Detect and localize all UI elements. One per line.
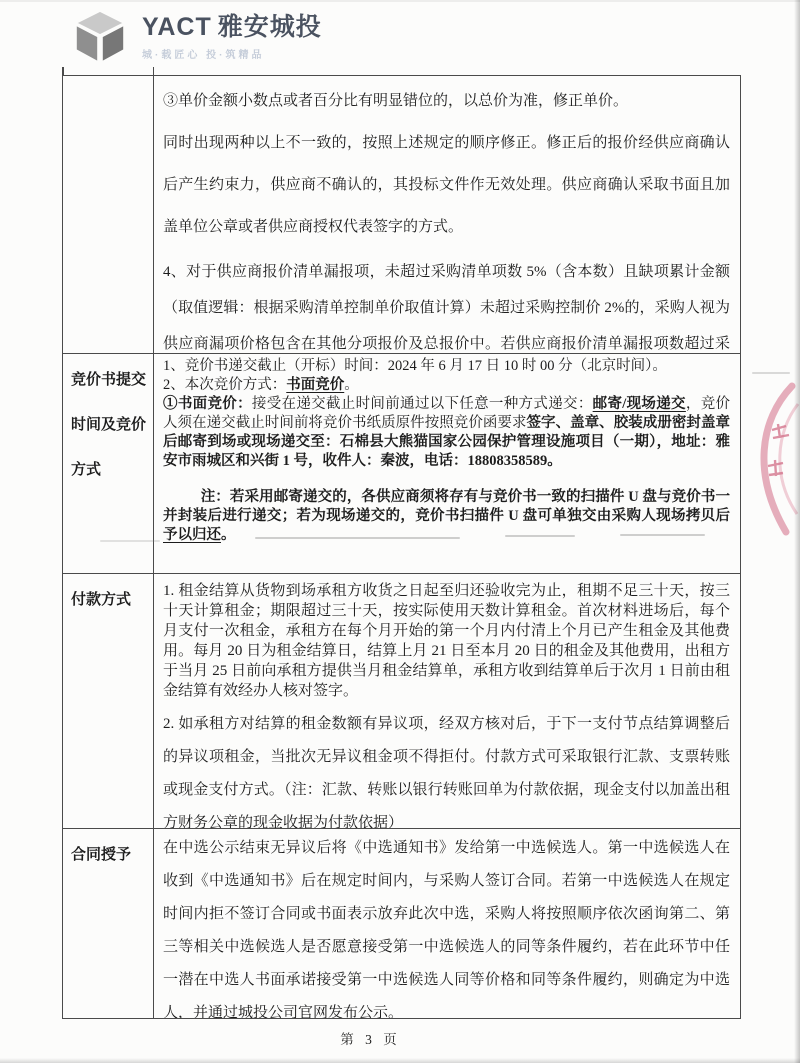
scan-edge-top bbox=[0, 0, 800, 2]
table-rule-stub-left bbox=[62, 67, 64, 75]
row-label-contract-award: 合同授予 bbox=[63, 829, 154, 1018]
paragraph: 同时出现两种以上不一致的，按照上述规定的顺序修正。修正后的报价经供应商确认后产生… bbox=[163, 122, 730, 248]
scan-artifact bbox=[255, 537, 460, 539]
logo-brand-cn: 雅安城投 bbox=[218, 13, 322, 41]
table-row-correction-rules: ③单价金额小数点或者百分比有明显错位的，以总价为准，修正单价。 同时出现两种以上… bbox=[63, 76, 740, 353]
scan-artifact bbox=[620, 534, 705, 536]
row-label-empty bbox=[63, 76, 154, 353]
scan-edge-right bbox=[794, 0, 800, 1063]
table-rule-stub-divider bbox=[153, 67, 155, 75]
page-number: 第 3 页 bbox=[0, 1028, 741, 1048]
row-content: ③单价金额小数点或者百分比有明显错位的，以总价为准，修正单价。 同时出现两种以上… bbox=[154, 76, 740, 353]
red-stamp-fragment bbox=[742, 382, 800, 537]
logo-brand: YACT雅安城投 bbox=[142, 14, 322, 42]
paragraph: 在中选公示结束无异议后将《中选通知书》发给第一中选候选人。第一中选候选人在收到《… bbox=[163, 832, 730, 1018]
paragraph: 2. 如承租方对结算的租金数额有异议项，经双方核对后，于下一支付节点结算调整后的… bbox=[163, 708, 730, 828]
scan-edge-bottom bbox=[0, 1058, 800, 1063]
table-row-contract-award: 合同授予 在中选公示结束无异议后将《中选通知书》发给第一中选候选人。第一中选候选… bbox=[63, 828, 740, 1018]
paragraph: 4、对于供应商报价清单漏报项，未超过采购清单项数 5%（含本数）且缺项累计金额（… bbox=[163, 254, 730, 353]
scanned-document-page: YACT雅安城投 城·载匠心 投·筑精品 ③单价金额小数点或者百分比有明显错位的… bbox=[0, 0, 800, 1063]
paragraph: 2、本次竞价方式：书面竞价。 bbox=[163, 376, 730, 395]
row-content: 在中选公示结束无异议后将《中选通知书》发给第一中选候选人。第一中选候选人在收到《… bbox=[154, 829, 740, 1018]
scan-artifact bbox=[752, 372, 790, 374]
paragraph: 1. 租金结算从货物到场承租方收货之日起至归还验收完为止，租期不足三十天，按三十… bbox=[163, 581, 730, 701]
document-table: ③单价金额小数点或者百分比有明显错位的，以总价为准，修正单价。 同时出现两种以上… bbox=[62, 75, 741, 1019]
paragraph: 1、竞价书递交截止（开标）时间：2024 年 6 月 17 日 10 时 00 … bbox=[163, 357, 730, 376]
scan-artifact bbox=[100, 540, 160, 542]
company-logo: YACT雅安城投 城·载匠心 投·筑精品 bbox=[72, 8, 322, 66]
paragraph: ①书面竞价：接受在递交截止时间前通过以下任意一种方式递交：邮寄/现场递交，竞价人… bbox=[163, 395, 730, 471]
logo-text: YACT雅安城投 城·载匠心 投·筑精品 bbox=[142, 8, 322, 61]
scan-artifact bbox=[505, 535, 575, 537]
table-row-payment-method: 付款方式 1. 租金结算从货物到场承租方收货之日起至归还验收完为止，租期不足三十… bbox=[63, 573, 740, 828]
paragraph: ③单价金额小数点或者百分比有明显错位的，以总价为准，修正单价。 bbox=[163, 80, 730, 122]
logo-tagline: 城·载匠心 投·筑精品 bbox=[142, 46, 322, 61]
row-content: 1、竞价书递交截止（开标）时间：2024 年 6 月 17 日 10 时 00 … bbox=[154, 354, 740, 573]
logo-brand-en: YACT bbox=[142, 13, 212, 41]
cube-logo-icon bbox=[72, 8, 128, 66]
table-row-bid-submission: 竞价书提交时间及竞价方式 1、竞价书递交截止（开标）时间：2024 年 6 月 … bbox=[63, 353, 740, 573]
row-label-payment-method: 付款方式 bbox=[63, 574, 154, 828]
row-content: 1. 租金结算从货物到场承租方收货之日起至归还验收完为止，租期不足三十天，按三十… bbox=[154, 574, 740, 828]
